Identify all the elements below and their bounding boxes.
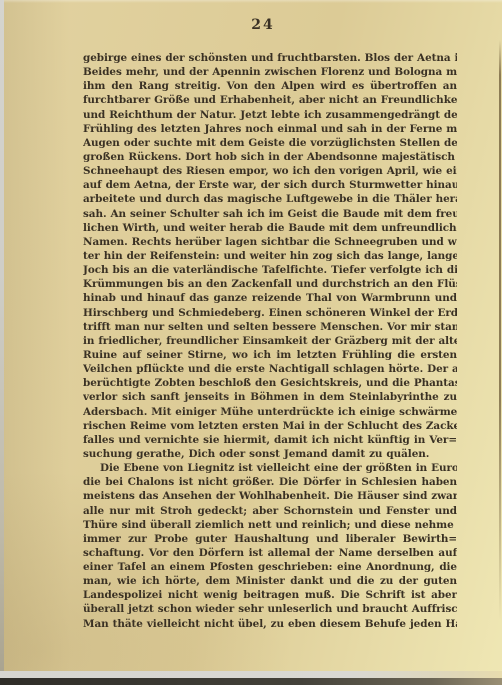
text-line: Frühling des letzten Jahres noch einmal … [83,122,457,136]
text-line: falles und vernichte sie hiermit, damit … [83,433,457,447]
paragraph: gebirge eines der schönsten und fruchtba… [83,51,457,461]
scan-edge-left [0,0,4,685]
text-line: Beides mehr, und der Apennin zwischen Fl… [83,65,457,79]
text-line: Ruine auf seiner Stirne, wo ich im letzt… [83,348,457,362]
scan-edge-bottom-dark [0,678,502,685]
text-line: Schneehaupt des Riesen empor, wo ich den… [83,164,457,178]
text-line: furchtbarer Größe und Erhabenheit, aber … [83,93,457,107]
text-line: Landespolizei nicht wenig beitragen muß.… [83,588,457,602]
text-line: Die Ebene von Liegnitz ist vielleicht ei… [83,461,457,475]
text-line: ihm den Rang streitig. Von den Alpen wir… [83,79,457,93]
text-line: schaftung. Vor den Dörfern ist allemal d… [83,546,457,560]
text-line: und Reichthum der Natur. Jetzt lebte ich… [83,108,457,122]
text-line: Namen. Rechts herüber lagen sichtbar die… [83,235,457,249]
text-line: Veilchen pflückte und die erste Nachtiga… [83,362,457,376]
scanned-book-page: 24 gebirge eines der schönsten und fruch… [0,0,502,685]
text-line: sah. An seiner Schulter sah ich im Geist… [83,207,457,221]
text-line: suchung gerathe, Dich oder sonst Jemand … [83,447,457,461]
text-line: Augen oder suchte mit dem Geiste die vor… [83,136,457,150]
text-line: in friedlicher, freundlicher Einsamkeit … [83,334,457,348]
page-number: 24 [83,17,443,33]
scan-edge-bottom-light [0,671,502,678]
text-line: auf dem Aetna, der Erste war, der sich d… [83,178,457,192]
page-fold-line-right [499,40,501,620]
text-line: hinab und hinauf das ganze reizende Thal… [83,291,457,305]
text-line: arbeitete und durch das magische Luftgew… [83,192,457,206]
text-line: Joch bis an die vaterländische Tafelfich… [83,263,457,277]
paragraph: Die Ebene von Liegnitz ist vielleicht ei… [83,461,457,631]
text-line: großen Rückens. Dort hob sich in der Abe… [83,150,457,164]
text-line: meistens das Ansehen der Wohlhabenheit. … [83,489,457,503]
text-line: Man thäte vielleicht nicht übel, zu eben… [83,617,457,631]
text-line: Adersbach. Mit einiger Mühe unterdrückte… [83,405,457,419]
text-line: lichen Wirth, und weiter herab die Baude… [83,221,457,235]
text-line: überall jetzt schon wieder sehr unleserl… [83,602,457,616]
text-line: einer Tafel an einem Pfosten geschrieben… [83,560,457,574]
text-line: ter hin der Reifenstein: und weiter hin … [83,249,457,263]
text-line: immer zur Probe guter Haushaltung und li… [83,532,457,546]
text-line: alle nur mit Stroh gedeckt; aber Schorns… [83,504,457,518]
text-block: gebirge eines der schönsten und fruchtba… [83,51,457,631]
text-line: rischen Reime vom letzten ersten Mai in … [83,419,457,433]
scan-edge-top [0,0,502,3]
text-line: man, wie ich hörte, dem Minister dankt u… [83,574,457,588]
text-line: die bei Chalons ist nicht größer. Die Dö… [83,475,457,489]
text-line: verlor sich sanft jenseits in Böhmen in … [83,390,457,404]
text-line: gebirge eines der schönsten und fruchtba… [83,51,457,65]
text-line: Krümmungen bis an den Zackenfall und dur… [83,277,457,291]
text-line: Hirschberg und Schmiedeberg. Einen schön… [83,306,457,320]
text-line: Thüre sind überall ziemlich nett und rei… [83,518,457,532]
text-line: trifft man nur selten und selten bessere… [83,320,457,334]
text-line: berüchtigte Zobten beschloß den Gesichts… [83,376,457,390]
